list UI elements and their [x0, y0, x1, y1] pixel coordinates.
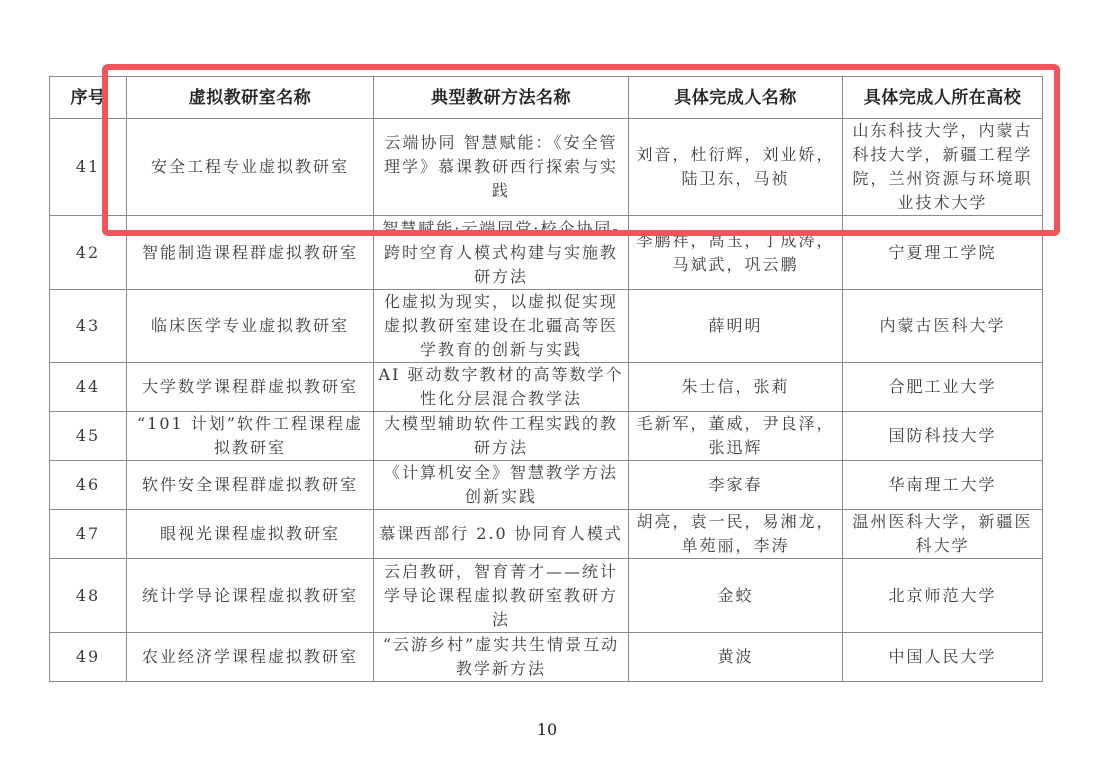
header-index: 序号 — [50, 77, 127, 119]
cell-school: 温州医科大学，新疆医科大学 — [843, 510, 1043, 559]
cell-school: 中国人民大学 — [843, 633, 1043, 682]
cell-index: 47 — [50, 510, 127, 559]
cell-people: 胡亮，袁一民，易湘龙，单苑丽，李涛 — [629, 510, 843, 559]
table-row: 45“101 计划”软件工程课程虚拟教研室大模型辅助软件工程实践的教研方法毛新军… — [50, 412, 1043, 461]
cell-method-name: 慕课西部行 2.0 协同育人模式 — [374, 510, 629, 559]
cell-school: 山东科技大学，内蒙古科技大学，新疆工程学院，兰州资源与环境职业技术大学 — [843, 119, 1043, 216]
cell-method-name: 化虚拟为现实，以虚拟促实现 虚拟教研室建设在北疆高等医学教育的创新与实践 — [374, 290, 629, 363]
page-number: 10 — [0, 720, 1094, 739]
cell-lab-name: 安全工程专业虚拟教研室 — [127, 119, 374, 216]
cell-method-name: 《计算机安全》智慧教学方法创新实践 — [374, 461, 629, 510]
cell-school: 北京师范大学 — [843, 559, 1043, 633]
cell-people: 薛明明 — [629, 290, 843, 363]
cell-method-name: “云游乡村”虚实共生情景互动教学新方法 — [374, 633, 629, 682]
cell-index: 42 — [50, 216, 127, 290]
cell-lab-name: 大学数学课程群虚拟教研室 — [127, 363, 374, 412]
table-row: 46软件安全课程群虚拟教研室《计算机安全》智慧教学方法创新实践李家春华南理工大学 — [50, 461, 1043, 510]
table-row: 42智能制造课程群虚拟教研室智慧赋能·云端同堂·校企协同-跨时空育人模式构建与实… — [50, 216, 1043, 290]
table-header-row: 序号 虚拟教研室名称 典型教研方法名称 具体完成人名称 具体完成人所在高校 — [50, 77, 1043, 119]
research-methods-table: 序号 虚拟教研室名称 典型教研方法名称 具体完成人名称 具体完成人所在高校 41… — [49, 76, 1043, 682]
cell-people: 李鹏祥，高玉，丁成涛，马斌武，巩云鹏 — [629, 216, 843, 290]
cell-school: 华南理工大学 — [843, 461, 1043, 510]
cell-index: 46 — [50, 461, 127, 510]
cell-people: 黄波 — [629, 633, 843, 682]
cell-lab-name: 软件安全课程群虚拟教研室 — [127, 461, 374, 510]
header-method-name: 典型教研方法名称 — [374, 77, 629, 119]
cell-school: 内蒙古医科大学 — [843, 290, 1043, 363]
table-row: 48统计学导论课程虚拟教研室云启教研，智育菁才——统计学导论课程虚拟教研室教研方… — [50, 559, 1043, 633]
cell-index: 48 — [50, 559, 127, 633]
cell-people: 刘音，杜衍辉，刘业娇，陆卫东，马祯 — [629, 119, 843, 216]
cell-lab-name: 智能制造课程群虚拟教研室 — [127, 216, 374, 290]
cell-school: 国防科技大学 — [843, 412, 1043, 461]
table-row: 44大学数学课程群虚拟教研室AI 驱动数字教材的高等数学个性化分层混合教学法朱士… — [50, 363, 1043, 412]
cell-method-name: AI 驱动数字教材的高等数学个性化分层混合教学法 — [374, 363, 629, 412]
cell-lab-name: 临床医学专业虚拟教研室 — [127, 290, 374, 363]
cell-people: 金蛟 — [629, 559, 843, 633]
table-row: 43临床医学专业虚拟教研室化虚拟为现实，以虚拟促实现 虚拟教研室建设在北疆高等医… — [50, 290, 1043, 363]
cell-people: 毛新军，董威，尹良泽，张迅辉 — [629, 412, 843, 461]
table-row: 41安全工程专业虚拟教研室云端协同 智慧赋能：《安全管理学》慕课教研西行探索与实… — [50, 119, 1043, 216]
cell-school: 宁夏理工学院 — [843, 216, 1043, 290]
cell-method-name: 云启教研，智育菁才——统计学导论课程虚拟教研室教研方法 — [374, 559, 629, 633]
cell-lab-name: “101 计划”软件工程课程虚拟教研室 — [127, 412, 374, 461]
cell-index: 44 — [50, 363, 127, 412]
cell-index: 43 — [50, 290, 127, 363]
cell-index: 45 — [50, 412, 127, 461]
header-school: 具体完成人所在高校 — [843, 77, 1043, 119]
header-lab-name: 虚拟教研室名称 — [127, 77, 374, 119]
cell-school: 合肥工业大学 — [843, 363, 1043, 412]
cell-lab-name: 统计学导论课程虚拟教研室 — [127, 559, 374, 633]
table-row: 47眼视光课程虚拟教研室慕课西部行 2.0 协同育人模式胡亮，袁一民，易湘龙，单… — [50, 510, 1043, 559]
header-people: 具体完成人名称 — [629, 77, 843, 119]
table-row: 49农业经济学课程虚拟教研室“云游乡村”虚实共生情景互动教学新方法黄波中国人民大… — [50, 633, 1043, 682]
cell-method-name: 大模型辅助软件工程实践的教研方法 — [374, 412, 629, 461]
cell-people: 朱士信，张莉 — [629, 363, 843, 412]
cell-lab-name: 农业经济学课程虚拟教研室 — [127, 633, 374, 682]
cell-lab-name: 眼视光课程虚拟教研室 — [127, 510, 374, 559]
cell-method-name: 云端协同 智慧赋能：《安全管理学》慕课教研西行探索与实践 — [374, 119, 629, 216]
cell-index: 49 — [50, 633, 127, 682]
cell-index: 41 — [50, 119, 127, 216]
cell-people: 李家春 — [629, 461, 843, 510]
cell-method-name: 智慧赋能·云端同堂·校企协同-跨时空育人模式构建与实施教研方法 — [374, 216, 629, 290]
